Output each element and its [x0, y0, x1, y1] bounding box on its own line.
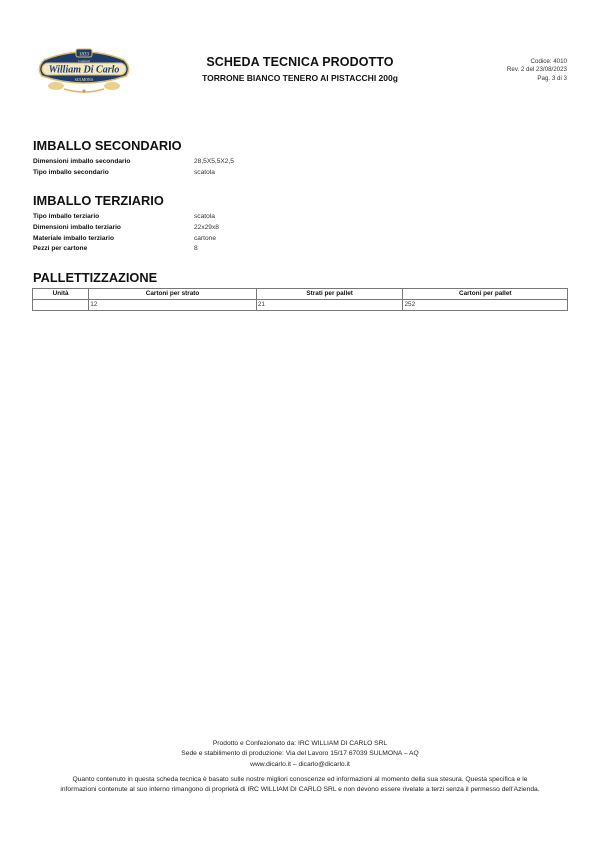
section-title-tertiary-packaging: IMBALLO TERZIARIO: [33, 193, 164, 208]
spec-value: cartone: [194, 234, 216, 245]
document-meta: Codice: 4010 Rev. 2 del 23/08/2023 Pag. …: [507, 58, 567, 83]
spec-row: Materiale imballo terziario cartone: [33, 234, 219, 245]
table-cell-cartons-per-layer: 12: [89, 300, 257, 311]
footer-producer: Prodotto e Confezionato da: IRC WILLIAM …: [0, 739, 600, 749]
column-header: Cartoni per strato: [89, 289, 257, 300]
revision-info: Rev. 2 del 23/08/2023: [507, 66, 567, 74]
spec-label: Tipo imballo secondario: [33, 168, 194, 179]
spec-label: Dimensioni imballo terziario: [33, 223, 194, 234]
table-header-row: Unità Cartoni per strato Strati per pall…: [33, 289, 568, 300]
spec-row: Dimensioni imballo terziario 22x29x8: [33, 223, 219, 234]
section-title-secondary-packaging: IMBALLO SECONDARIO: [33, 138, 182, 153]
svg-text:Confetti: Confetti: [78, 59, 89, 63]
tertiary-packaging-list: Tipo imballo terziario scatola Dimension…: [33, 212, 219, 255]
document-title: SCHEDA TECNICA PRODOTTO: [180, 55, 420, 69]
spec-row: Pezzi per cartone 8: [33, 244, 219, 255]
footer-disclaimer: Quanto contenuto in questa scheda tecnic…: [55, 775, 545, 796]
spec-row: Dimensioni imballo secondario 28,5X5,5X2…: [33, 157, 234, 168]
footer-address: Sede e stabilimento di produzione: Via d…: [0, 749, 600, 759]
secondary-packaging-list: Dimensioni imballo secondario 28,5X5,5X2…: [33, 157, 234, 179]
spec-label: Tipo imballo terziario: [33, 212, 194, 223]
table-cell-layers-per-pallet: 21: [256, 300, 403, 311]
table-row: 12 21 252: [33, 300, 568, 311]
spec-label: Materiale imballo terziario: [33, 234, 194, 245]
svg-text:1833: 1833: [79, 53, 90, 58]
table-cell-cartons-per-pallet: 252: [403, 300, 568, 311]
spec-value: 28,5X5,5X2,5: [194, 157, 234, 168]
spec-value: 8: [194, 244, 198, 255]
spec-label: Dimensioni imballo secondario: [33, 157, 194, 168]
section-title-palletization: PALLETTIZZAZIONE: [33, 270, 157, 285]
table-cell-unit: [33, 300, 89, 311]
footer-contacts: www.dicarlo.it – dicarlo@dicarlo.it: [0, 760, 600, 770]
company-logo: 1833 Confetti William Di Carlo SULMONA: [36, 46, 132, 96]
document-header: SCHEDA TECNICA PRODOTTO TORRONE BIANCO T…: [180, 55, 420, 83]
william-di-carlo-logo-icon: 1833 Confetti William Di Carlo SULMONA: [36, 46, 132, 96]
spec-label: Pezzi per cartone: [33, 244, 194, 255]
product-code: Codice: 4010: [507, 58, 567, 66]
spec-value: scatola: [194, 212, 215, 223]
page-number: Pag. 3 di 3: [507, 75, 567, 83]
product-name: TORRONE BIANCO TENERO AI PISTACCHI 200g: [180, 73, 420, 83]
column-header: Strati per pallet: [256, 289, 403, 300]
spec-value: scatola: [194, 168, 215, 179]
column-header: Unità: [33, 289, 89, 300]
svg-text:William Di Carlo: William Di Carlo: [49, 65, 120, 76]
svg-text:SULMONA: SULMONA: [75, 78, 94, 82]
spec-row: Tipo imballo terziario scatola: [33, 212, 219, 223]
spec-row: Tipo imballo secondario scatola: [33, 168, 234, 179]
column-header: Cartoni per pallet: [403, 289, 568, 300]
footer-company-info: Prodotto e Confezionato da: IRC WILLIAM …: [0, 739, 600, 770]
spec-value: 22x29x8: [194, 223, 219, 234]
palletization-table: Unità Cartoni per strato Strati per pall…: [32, 288, 568, 311]
